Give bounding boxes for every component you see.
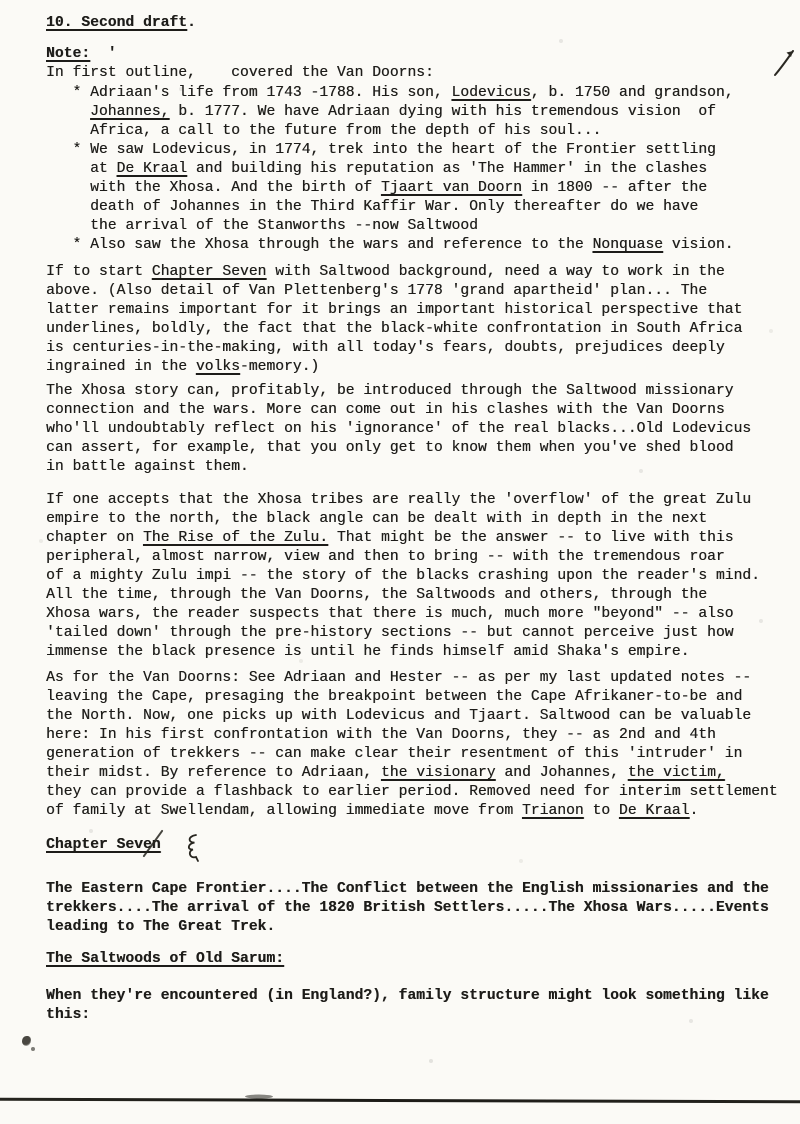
chapter-seven-heading: Chapter Seven <box>46 836 161 855</box>
bullet-item-lodevicus-trek: * We saw Lodevicus, in 1774, trek into t… <box>46 141 800 236</box>
paragraph-xhosa-story: The Xhosa story can, profitably, be intr… <box>46 382 800 477</box>
paragraph-zulu-overflow: If one accepts that the Xhosa tribes are… <box>46 491 800 662</box>
bullet-item-adriaan: * Adriaan's life from 1743 -1788. His so… <box>46 84 800 141</box>
intro-line: In first outline, covered the Van Doorns… <box>46 64 800 83</box>
paragraph-chapter-seven-plan: If to start Chapter Seven with Saltwood … <box>46 263 800 377</box>
pen-stroke-icon <box>772 46 798 78</box>
scan-noise-speckles <box>0 0 2 2</box>
note-heading: Note: ' <box>46 45 800 64</box>
ink-speck <box>22 1036 31 1046</box>
paragraph-chapter-summary: The Eastern Cape Frontier....The Conflic… <box>46 880 800 937</box>
bullet-item-xhosa-wars: * Also saw the Xhosa through the wars an… <box>46 236 800 255</box>
chapter-heading-row: Chapter Seven <box>46 836 800 864</box>
scan-edge-line <box>0 1098 800 1104</box>
typewritten-manuscript-page: 10. Second draft. Note: ' In first outli… <box>0 0 800 1124</box>
paragraph-van-doorns: As for the Van Doorns: See Adriaan and H… <box>46 669 800 821</box>
saltwoods-heading: The Saltwoods of Old Sarum: <box>46 950 800 969</box>
page-title: 10. Second draft. <box>46 14 800 33</box>
paragraph-saltwood-family-intro: When they're encountered (in England?), … <box>46 987 800 1025</box>
handwritten-squiggle-icon <box>181 832 205 864</box>
bullet-list: * Adriaan's life from 1743 -1788. His so… <box>46 84 800 255</box>
